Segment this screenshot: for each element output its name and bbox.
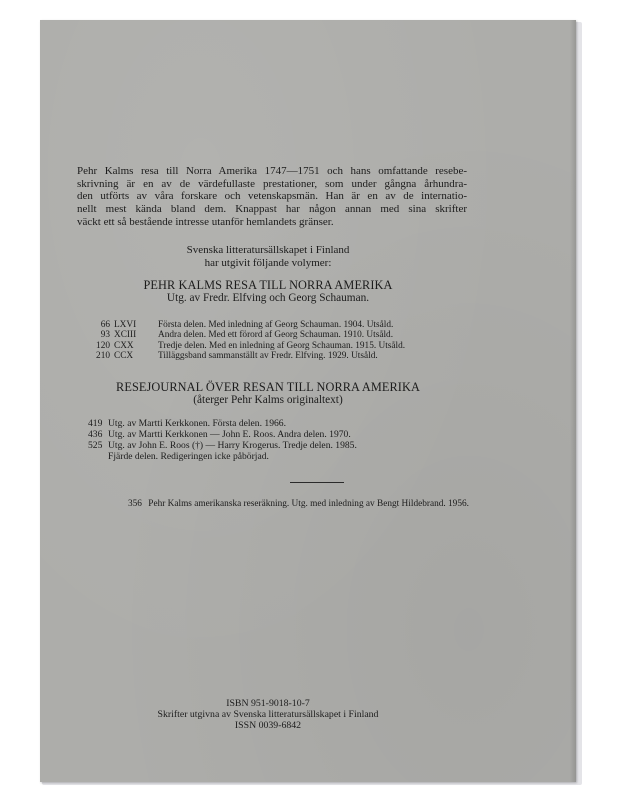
- volume-text: Pehr Kalms amerikanska reseräkning. Utg.…: [148, 499, 469, 509]
- section-divider: [290, 482, 344, 483]
- volume-number: 419: [88, 418, 104, 429]
- intro-line: Pehr Kalms resa till Norra Amerika 1747—…: [77, 165, 467, 178]
- volume-number: 436: [88, 429, 104, 440]
- issn: ISSN 0039-6842: [60, 720, 476, 731]
- single-volume-entry: 356 Pehr Kalms amerikanska reseräkning. …: [128, 499, 469, 509]
- isbn: ISBN 951-9018-10-7: [60, 698, 476, 709]
- series1-heading: PEHR KALMS RESA TILL NORRA AMERIKA Utg. …: [60, 278, 476, 305]
- volume-number: 120: [88, 341, 110, 351]
- volume-row: 210 CCX Tilläggsband sammanställt av Fre…: [88, 351, 405, 361]
- volume-number: 93: [88, 330, 110, 340]
- volume-number: 525: [88, 440, 104, 451]
- volume-roman: LXVI: [110, 320, 158, 330]
- series-name: Skrifter utgivna av Svenska litteratursä…: [60, 709, 476, 720]
- publisher-statement: har utgivit följande volymer:: [60, 257, 476, 270]
- series2-heading: RESEJOURNAL ÖVER RESAN TILL NORRA AMERIK…: [60, 380, 476, 407]
- volume-number: [88, 451, 104, 462]
- volume-text: Andra delen. Med ett förord af Georg Sch…: [158, 330, 393, 340]
- imprint-footer: ISBN 951-9018-10-7 Skrifter utgivna av S…: [60, 698, 476, 731]
- volume-text: Första delen. Med inledning af Georg Sch…: [158, 320, 393, 330]
- publisher-name: Svenska litteratursällskapet i Finland: [60, 244, 476, 257]
- series1-title: PEHR KALMS RESA TILL NORRA AMERIKA: [60, 278, 476, 292]
- intro-line: skrivning är en av de värdefullaste pres…: [77, 178, 467, 191]
- volume-row: Fjärde delen. Redigeringen icke påbörjad…: [88, 451, 357, 462]
- publisher-note: Svenska litteratursällskapet i Finland h…: [60, 244, 476, 269]
- volume-row: 120 CXX Tredje delen. Med en inledning a…: [88, 341, 405, 351]
- series2-volume-list: 419 Utg. av Martti Kerkkonen. Första del…: [88, 418, 357, 462]
- volume-roman: XCIII: [110, 330, 158, 340]
- intro-line: väckt ett så bestående intresse utanför …: [77, 216, 467, 229]
- volume-text: Utg. av Martti Kerkkonen — John E. Roos.…: [104, 429, 351, 440]
- series1-volume-list: 66 LXVI Första delen. Med inledning af G…: [88, 320, 405, 362]
- volume-text: Utg. av John E. Roos (†) — Harry Krogeru…: [104, 440, 357, 451]
- volume-row: 66 LXVI Första delen. Med inledning af G…: [88, 320, 405, 330]
- volume-text: Tilläggsband sammanställt av Fredr. Elfv…: [158, 351, 378, 361]
- intro-line: den utförts av våra forskare och vetensk…: [77, 190, 467, 203]
- volume-row: 419 Utg. av Martti Kerkkonen. Första del…: [88, 418, 357, 429]
- series2-title: RESEJOURNAL ÖVER RESAN TILL NORRA AMERIK…: [60, 380, 476, 394]
- intro-line: nellt mest kända bland dem. Knappast har…: [77, 203, 467, 216]
- series2-subtitle: (återger Pehr Kalms originaltext): [60, 394, 476, 407]
- series1-subtitle: Utg. av Fredr. Elfving och Georg Schauma…: [60, 292, 476, 305]
- volume-roman: CXX: [110, 341, 158, 351]
- intro-paragraph: Pehr Kalms resa till Norra Amerika 1747—…: [77, 165, 467, 229]
- volume-number: 210: [88, 351, 110, 361]
- volume-text: Utg. av Martti Kerkkonen. Första delen. …: [104, 418, 286, 429]
- volume-text: Fjärde delen. Redigeringen icke påbörjad…: [104, 451, 269, 462]
- volume-number: 356: [128, 499, 146, 509]
- volume-row: 93 XCIII Andra delen. Med ett förord af …: [88, 330, 405, 340]
- volume-roman: CCX: [110, 351, 158, 361]
- volume-row: 436 Utg. av Martti Kerkkonen — John E. R…: [88, 429, 357, 440]
- volume-row: 525 Utg. av John E. Roos (†) — Harry Kro…: [88, 440, 357, 451]
- volume-text: Tredje delen. Med en inledning af Georg …: [158, 341, 405, 351]
- volume-number: 66: [88, 320, 110, 330]
